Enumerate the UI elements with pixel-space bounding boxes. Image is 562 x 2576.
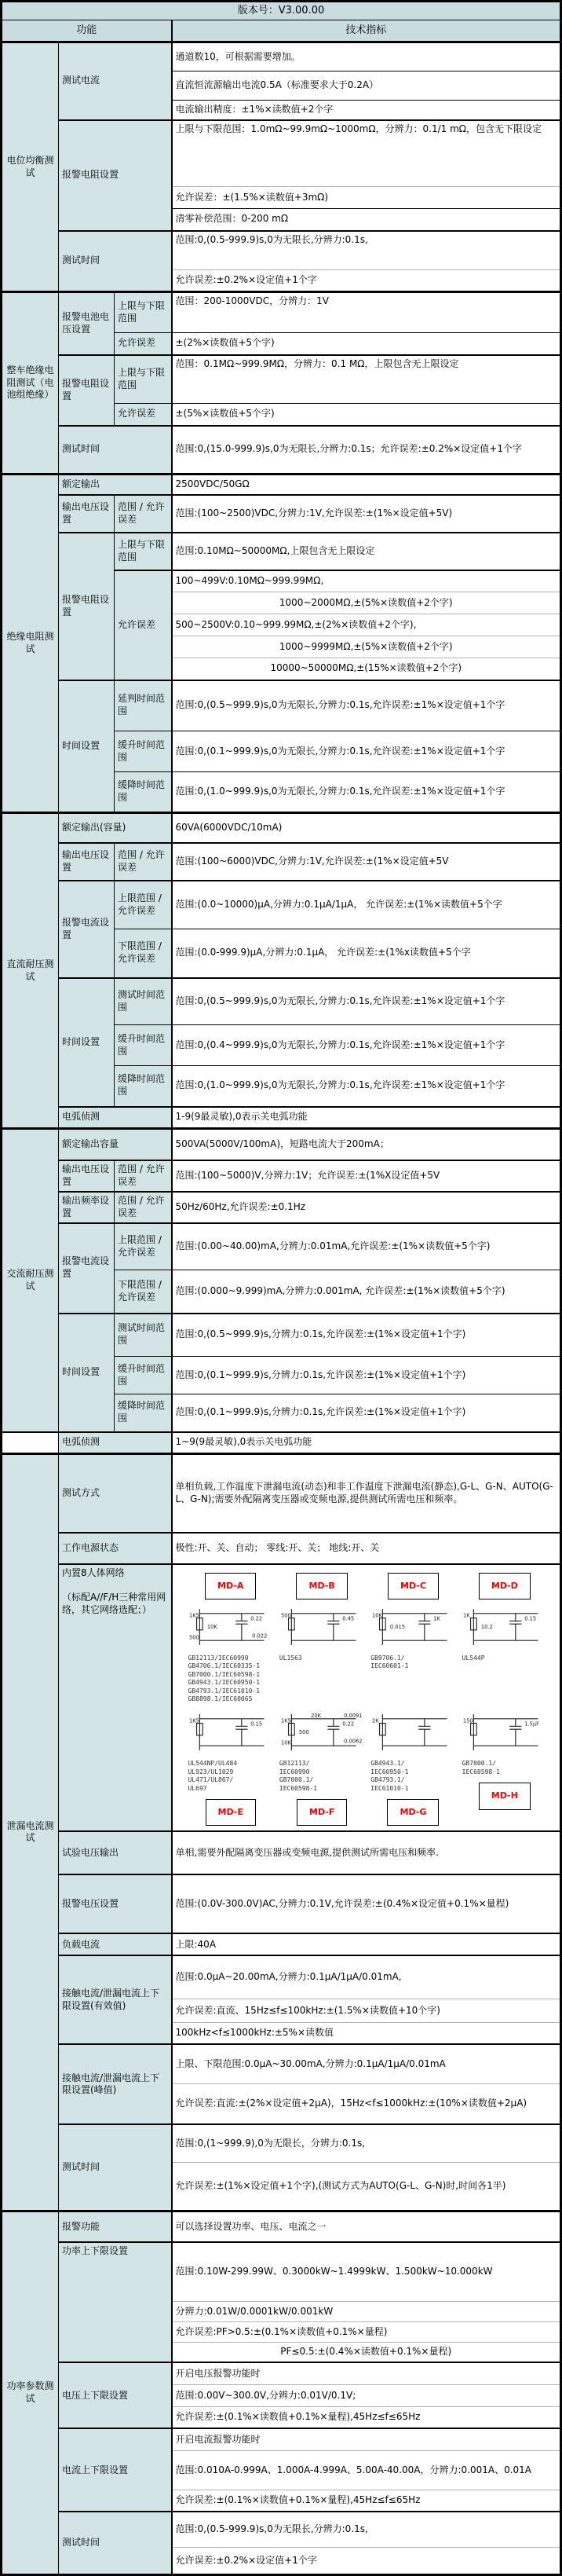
spec-cell: 允许误差:±0.2%×设定值+1个字 bbox=[172, 2547, 561, 2574]
spec-cell: 清零补偿范围：0-200 mΩ bbox=[172, 209, 561, 231]
standards-MD-G: GB4943.1/ IEC60950-1 GB4793.1/ IEC61010-… bbox=[370, 1760, 408, 1793]
label-cell: 时间设置 bbox=[59, 680, 115, 813]
component-value: 0.45 bbox=[342, 1615, 354, 1621]
spec-cell: 范围:(100~2500)VDC,分辨力:1V,允许误差:±(1%×设定值+5V… bbox=[172, 495, 561, 533]
spec-cell: 范围:0,(15.0-999.9)s,0为无限长,分辨力:0.1s；允许误差:±… bbox=[172, 426, 561, 475]
table-row: 时间设置测试时间范围范围:0,(0.5~999.9)s,0为无限长,分辨力:0.… bbox=[2, 978, 561, 1025]
standards-MD-B: UL1563 bbox=[279, 1654, 302, 1662]
sublabel-cell: 测试时间范围 bbox=[115, 1314, 172, 1357]
label-cell: 输出电压设置 bbox=[59, 843, 115, 881]
table-row: 输出电压设置范围 / 允许误差范围:(100~6000)VDC,分辨力:1V,允… bbox=[2, 843, 561, 881]
component-value: 10K bbox=[372, 1613, 382, 1619]
spec-cell: 范围：0.1MΩ~999.9MΩ，分辨力：0.1 MΩ，上限包含无上限设定 bbox=[172, 355, 561, 404]
table-row: 报警电流设置上限范围 / 允许误差范围:(0.00~40.00)mA,分辨力:0… bbox=[2, 1223, 561, 1270]
component-value: 0.15 bbox=[525, 1615, 537, 1621]
circuit-schematic: 2K bbox=[372, 1711, 454, 1753]
spec-cell: 范围:0.00V~300.0V,分辨力:0.01V/0.1V; bbox=[172, 2384, 561, 2406]
circuit-schematic: 1K50.2210K5000.022 bbox=[189, 1606, 272, 1648]
sublabel-cell: 上限范围 / 允许误差 bbox=[115, 1223, 172, 1270]
label-cell: 输出频率设置 bbox=[59, 1192, 115, 1223]
spec-cell: 范围:(0.0V-300.0V)AC,分辨力:0.1V,允许误差:±(0.4%×… bbox=[172, 1874, 561, 1933]
sublabel-cell: 范围 / 允许误差 bbox=[115, 495, 172, 533]
table-row: 泄漏电流测试测试方式单相负载,工作温度下泄漏电流(动态)和非工作温度下泄漏电流(… bbox=[2, 1454, 561, 1533]
table-row: 时间设置测试时间范围范围:0,(0.5~999.9)s,分辨力:0.1s,允许误… bbox=[2, 1314, 561, 1357]
network-MD-A: MD-A1K50.2210K5000.022GB12113/IEC60990 G… bbox=[188, 1573, 273, 1704]
label-cell: 报警电阻设置 bbox=[59, 120, 172, 231]
component-value: 1.5μF bbox=[525, 1721, 540, 1728]
component-value: 0.0091 bbox=[344, 1713, 362, 1719]
table-row: 负载电流上限:40A bbox=[2, 1933, 561, 1955]
table-row: 试验电压输出单相,需要外配隔离变压器或变频电源,提供测试所需电压和频率. bbox=[2, 1831, 561, 1874]
spec-cell: 范围:0.010A-0.999A、1.000A-4.999A、5.00A-40.… bbox=[172, 2450, 561, 2490]
sublabel-cell: 缓升时间范围 bbox=[115, 1357, 172, 1394]
sublabel-cell: 下限范围 / 允许误差 bbox=[115, 929, 172, 978]
category-cell: 直流耐压测试 bbox=[2, 813, 59, 1129]
md-label-MD-F: MD-F bbox=[297, 1799, 347, 1827]
label-cell: 报警电池电压设置 bbox=[59, 292, 115, 355]
table-row: 电弧侦测1-9(9最灵敏),0表示关电弧功能 bbox=[2, 1107, 561, 1129]
label-cell: 报警电压设置 bbox=[59, 1874, 172, 1933]
category-cell-empty bbox=[2, 1432, 59, 1454]
table-row: 交流耐压测试额定输出容量500VA(5000V/100mA)，短路电流大于200… bbox=[2, 1129, 561, 1160]
sublabel-cell: 上限与下限范围 bbox=[115, 355, 172, 404]
table-row: 绝缘电阻测试额定输出2500VDC/50GΩ bbox=[2, 475, 561, 495]
circuit-schematic: 5000.45 bbox=[281, 1606, 363, 1648]
spec-cell: 500~2500V:0.10~999.99MΩ,±(2%×读数值+2个字), bbox=[172, 614, 561, 636]
spec-cell: 范围:0,(1.0~999.9)s,0为无限长,分辨力:0.1s,允许误差:±1… bbox=[172, 772, 561, 813]
spec-cell: ±(2%×读数值+5个字) bbox=[172, 333, 561, 355]
table-row: 输出电压设置范围 / 允许误差范围:(100~5000)V,分辨力:1V；允许误… bbox=[2, 1160, 561, 1192]
version-row: 版本号：V3.00.00 bbox=[2, 2, 561, 20]
md-label-MD-C: MD-C bbox=[388, 1573, 439, 1600]
label-cell: 时间设置 bbox=[59, 1314, 115, 1432]
table-row: 报警电阻设置上限与下限范围范围：0.1MΩ~999.9MΩ，分辨力：0.1 MΩ… bbox=[2, 355, 561, 404]
sublabel-cell: 缓升时间范围 bbox=[115, 1025, 172, 1066]
standards-MD-C: GB9706.1/ IEC60601-1 bbox=[370, 1654, 408, 1671]
standards-MD-A: GB12113/IEC60990 GB4706.1/IEC60335-1 GB7… bbox=[188, 1654, 261, 1703]
sublabel-cell: 下限范围 / 允许误差 bbox=[115, 1270, 172, 1314]
spec-table: 版本号：V3.00.00 功能 技术指标 电位均衡测试测试电流通道数10，可根据… bbox=[0, 0, 562, 2576]
spec-cell: 开启电压报警功能时 bbox=[172, 2362, 561, 2384]
spec-cell: 范围：200-1000VDC，分辨力：1V bbox=[172, 292, 561, 333]
spec-cell: 上限:40A bbox=[172, 1933, 561, 1955]
table-row: 报警电流设置上限范围 / 允许误差范围:(0.0~10000)μA,分辨力:0.… bbox=[2, 881, 561, 929]
label-cell: 测试时间 bbox=[59, 2512, 172, 2574]
table-row: 测试时间范围:0,(15.0-999.9)s,0为无限长,分辨力:0.1s；允许… bbox=[2, 426, 561, 475]
sublabel-cell: 延判时间范围 bbox=[115, 680, 172, 731]
spec-cell: ±(5%×读数值+5个字) bbox=[172, 404, 561, 426]
body-networks: MD-A1K50.2210K5000.022GB12113/IEC60990 G… bbox=[176, 1566, 557, 1830]
md-label-MD-H: MD-H bbox=[479, 1783, 531, 1810]
category-cell: 整车绝缘电阻测试（电池组绝缘） bbox=[2, 292, 59, 475]
standards-MD-F: GB12113/ IEC60990 GB7000.1/ IEC60598-1 bbox=[279, 1760, 317, 1793]
spec-cell: 开启电流报警功能时 bbox=[172, 2428, 561, 2450]
spec-cell: 极性:开、关、自动； 零线:开、关； 地线:开、关 bbox=[172, 1533, 561, 1564]
spec-cell: 范围:0,(0.1~999.9)s,分辨力:0.1s,允许误差:±(1%×设定值… bbox=[172, 1357, 561, 1394]
spec-cell: 100kHz<f≤1000kHz:±5%×读数值 bbox=[172, 2022, 561, 2044]
spec-cell: 电流输出精度：±1%×读数值+2个字 bbox=[172, 101, 561, 120]
table-row: 测试时间范围:0,(0.5-999.9)s,0为无限长,分辨力:0.1s, bbox=[2, 2512, 561, 2547]
md-label-MD-B: MD-B bbox=[296, 1573, 347, 1600]
component-value: 0.0062 bbox=[344, 1739, 362, 1745]
label-cell: 报警电流设置 bbox=[59, 1223, 115, 1314]
label-cell: 功率上下限设置 bbox=[59, 2242, 172, 2362]
spec-cell: 范围:0,(0.1~999.9)s,分辨力:0.1s,允许误差:±(1%×设定值… bbox=[172, 1394, 561, 1432]
spec-cell: 单相负载,工作温度下泄漏电流(动态)和非工作温度下泄漏电流(静态),G-L、G-… bbox=[172, 1454, 561, 1533]
label-cell: 内置8人体网络 （标配A//F/H三种常用网络，其它网络选配；） bbox=[59, 1564, 172, 1832]
component-value: 10K bbox=[281, 1740, 291, 1746]
md-label-MD-A: MD-A bbox=[205, 1573, 256, 1600]
table-row: 电弧侦测1~9(9最灵敏),0表示关电弧功能 bbox=[2, 1432, 561, 1454]
spec-cell: 100~499V:0.10MΩ~999.99MΩ, bbox=[172, 570, 561, 592]
table-row: 报警电压设置范围:(0.0V-300.0V)AC,分辨力:0.1V,允许误差:±… bbox=[2, 1874, 561, 1933]
spec-cell: 范围:0.10MΩ~50000MΩ,上限包含无上限设定 bbox=[172, 533, 561, 570]
spec-cell: 范围:0.0μA~20.00mA,分辨力:0.1μA/1μA/0.01mA, bbox=[172, 1955, 561, 1999]
table-row: 接触电流/泄漏电流上下限设置(有效值)范围:0.0μA~20.00mA,分辨力:… bbox=[2, 1955, 561, 1999]
spec-cell: 500VA(5000V/100mA)，短路电流大于200mA； bbox=[172, 1129, 561, 1160]
md-label-MD-G: MD-G bbox=[387, 1799, 439, 1827]
sublabel-cell: 范围 / 允许误差 bbox=[115, 1192, 172, 1223]
component-value: 0.022 bbox=[252, 1632, 267, 1639]
spec-cell: 10000~50000MΩ,±(15%×读数值+2个字) bbox=[172, 658, 561, 680]
label-cell: 额定输出容量 bbox=[59, 1129, 172, 1160]
spec-cell: 范围:0,(1~999.9),0为无限长，分辨力:0.1s, bbox=[172, 2124, 561, 2162]
sublabel-cell: 允许误差 bbox=[115, 333, 172, 355]
label-cell: 测试时间 bbox=[59, 231, 172, 292]
network-MD-B: MD-B5000.45UL1563 bbox=[279, 1573, 364, 1704]
spec-cell: 可以选择设置功率、电压、电流之一 bbox=[172, 2211, 561, 2242]
column-header-spec: 技术指标 bbox=[172, 20, 561, 42]
circuit-schematic: 1K0.1510.2 bbox=[463, 1606, 546, 1648]
label-cell: 额定输出(容量) bbox=[59, 813, 172, 843]
component-value: 2K bbox=[372, 1718, 379, 1724]
component-value: 1K bbox=[433, 1615, 440, 1621]
category-cell: 泄漏电流测试 bbox=[2, 1454, 59, 2211]
spec-cell: 范围:0,(0.5~999.9)s,0为无限长,分辨力:0.1s,允许误差:±1… bbox=[172, 978, 561, 1025]
spec-cell: 60VA(6000VDC/10mA) bbox=[172, 813, 561, 843]
label-cell: 工作电源状态 bbox=[59, 1533, 172, 1564]
table-row: 接触电流/泄漏电流上下限设置(峰值)上限、下限范围:0.0μA~30.00mA,… bbox=[2, 2044, 561, 2083]
spec-cell: 允许误差:±0.2%×设定值+1个字 bbox=[172, 270, 561, 292]
component-value: 150 bbox=[463, 1718, 473, 1724]
label-cell: 测试时间 bbox=[59, 2124, 172, 2211]
spec-cell: 范围:0,(0.4~999.9)s,0为无限长,分辨力:0.1s,允许误差:±1… bbox=[172, 1025, 561, 1066]
label-cell: 报警功能 bbox=[59, 2211, 172, 2242]
spec-cell: 范围:0,(0.5-999.9)s,0为无限长,分辨力:0.1s, bbox=[172, 231, 561, 270]
spec-cell: 通道数10，可根据需要增加。 bbox=[172, 42, 561, 71]
label-cell: 试验电压输出 bbox=[59, 1831, 172, 1874]
category-cell: 绝缘电阻测试 bbox=[2, 475, 59, 813]
standards-MD-H: GB7000.1/ IEC60598-1 bbox=[462, 1760, 500, 1776]
spec-cell: 范围:(0.00~40.00)mA,分辨力:0.01mA,允许误差:±(1%×读… bbox=[172, 1223, 561, 1270]
spec-cell: 允许误差:PF>0.5:±(0.1%×读数值+0.1%×量程) bbox=[172, 2321, 561, 2342]
table-row: 电流上下限设置开启电流报警功能时 bbox=[2, 2428, 561, 2450]
sublabel-cell: 允许误差 bbox=[115, 570, 172, 680]
component-value: 20K bbox=[311, 1713, 321, 1719]
table-row: 内置8人体网络 （标配A//F/H三种常用网络，其它网络选配；）MD-A1K50… bbox=[2, 1564, 561, 1832]
component-value: 0.22 bbox=[250, 1615, 262, 1621]
spec-cell: 50Hz/60Hz,允许误差:±0.1Hz bbox=[172, 1192, 561, 1223]
network-MD-H: 1501.5μFGB7000.1/ IEC60598-1MD-H bbox=[462, 1711, 547, 1826]
spec-cell: 允许误差:直流、15Hz≤f≤100kHz:±(1.5%×读数值+10个字) bbox=[172, 1999, 561, 2022]
spec-cell: 范围:0,(0.5~999.9)s,0为无限长,分辨力:0.1s,允许误差:±1… bbox=[172, 680, 561, 731]
sublabel-cell: 缓降时间范围 bbox=[115, 1066, 172, 1107]
component-value: 500 bbox=[281, 1613, 291, 1619]
network-MD-D: MD-D1K0.1510.2UL544P bbox=[462, 1573, 547, 1704]
label-cell: 输出电压设置 bbox=[59, 1160, 115, 1192]
spec-cell: 允许误差:±(1%×设定值+1个字),(测试方式为AUTO(G-L、G-N)时,… bbox=[172, 2162, 561, 2211]
table-row: 输出电压设置范围 / 允许误差范围:(100~2500)VDC,分辨力:1V,允… bbox=[2, 495, 561, 533]
component-value: 1K5 bbox=[189, 1613, 199, 1619]
spec-cell: 上限、下限范围:0.0μA~30.00mA,分辨力:0.1μA/1μA/0.01… bbox=[172, 2044, 561, 2083]
component-value: 500 bbox=[298, 1729, 308, 1735]
md-label-MD-D: MD-D bbox=[479, 1573, 531, 1600]
category-cell: 功率参数测试 bbox=[2, 2211, 59, 2574]
sublabel-cell: 缓降时间范围 bbox=[115, 772, 172, 813]
label-cell: 报警电流设置 bbox=[59, 881, 115, 978]
spec-cell: PF≤0.5:±(0.4%×读数值+0.1%×量程) bbox=[172, 2342, 561, 2362]
standards-MD-D: UL544P bbox=[462, 1654, 485, 1662]
spec-cell: 范围:0,(0.5-999.9)s,0为无限长,分辨力:0.1s, bbox=[172, 2512, 561, 2547]
spec-cell: 范围:(0.0-999.9)μA,分辨力:0.1μA， 允许误差:±(1%x读数… bbox=[172, 929, 561, 978]
spec-cell: 范围:(0.0~10000)μA,分辨力:0.1μA/1μA， 允许误差:±(1… bbox=[172, 881, 561, 929]
label-cell: 报警电阻设置 bbox=[59, 533, 115, 680]
circuit-schematic: 1K50.15 bbox=[189, 1711, 272, 1753]
label-cell: 测试方式 bbox=[59, 1454, 172, 1533]
category-cell: 交流耐压测试 bbox=[2, 1129, 59, 1432]
label-cell: 接触电流/泄漏电流上下限设置(有效值) bbox=[59, 1955, 172, 2044]
label-cell: 输出电压设置 bbox=[59, 495, 115, 533]
sublabel-cell: 上限与下限范围 bbox=[115, 292, 172, 333]
sublabel-cell: 上限与下限范围 bbox=[115, 533, 172, 570]
component-value: 0.015 bbox=[390, 1624, 405, 1630]
table-row: 时间设置延判时间范围范围:0,(0.5~999.9)s,0为无限长,分辨力:0.… bbox=[2, 680, 561, 731]
column-header-function: 功能 bbox=[2, 20, 172, 42]
spec-cell: 范围:(0.000~9.999)mA,分辨力:0.001mA, 允许误差:±(1… bbox=[172, 1270, 561, 1314]
table-row: 报警电阻设置上限与下限范围：1.0mΩ~99.9mΩ~1000mΩ，分辨力：0.… bbox=[2, 120, 561, 187]
sublabel-cell: 缓升时间范围 bbox=[115, 731, 172, 772]
label-cell: 负载电流 bbox=[59, 1933, 172, 1955]
component-value: 10.2 bbox=[481, 1624, 493, 1630]
spec-cell: 上限与下限范围：1.0mΩ~99.9mΩ~1000mΩ，分辨力：0.1/1 mΩ… bbox=[172, 120, 561, 187]
spec-cell: 范围:0.10W-299.99W、0.3000kW~1.4999kW、1.500… bbox=[172, 2242, 561, 2301]
spec-table-body: 电位均衡测试测试电流通道数10，可根据需要增加。直流恒流源输出电流0.5A（标准… bbox=[2, 42, 561, 2575]
networks-diagram-cell: MD-A1K50.2210K5000.022GB12113/IEC60990 G… bbox=[172, 1564, 561, 1832]
network-MD-E: 1K50.15UL544NP/UL484 UL923/UL1029 UL471/… bbox=[188, 1711, 273, 1826]
sublabel-cell: 允许误差 bbox=[115, 404, 172, 426]
spec-cell: 2500VDC/50GΩ bbox=[172, 475, 561, 495]
table-row: 电压上下限设置开启电压报警功能时 bbox=[2, 2362, 561, 2384]
spec-cell: 直流恒流源输出电流0.5A（标准要求大于0.2A） bbox=[172, 71, 561, 101]
label-cell: 电弧侦测 bbox=[59, 1107, 172, 1129]
spec-cell: 1000~9999MΩ,±(5%×读数值+2个字) bbox=[172, 636, 561, 658]
label-cell: 额定输出 bbox=[59, 475, 172, 495]
spec-cell: 允许误差:直流:±(2%×设定值+2μA)，15Hz<f≤1000kHz:±(1… bbox=[172, 2083, 561, 2124]
component-value: 1K bbox=[463, 1613, 470, 1619]
spec-cell: 允许误差:±(0.1%×读数值+0.1%×量程),45Hz≤f≤65Hz bbox=[172, 2406, 561, 2428]
version-label: 版本号：V3.00.00 bbox=[2, 2, 561, 20]
label-cell: 电流上下限设置 bbox=[59, 2428, 172, 2512]
component-value: 10K bbox=[207, 1624, 217, 1630]
component-value: 0.15 bbox=[250, 1721, 262, 1728]
spec-cell: 1-9(9最灵敏),0表示关电弧功能 bbox=[172, 1107, 561, 1129]
circuit-schematic: 1K50.2250010K0.006220K0.0091 bbox=[281, 1711, 363, 1753]
label-cell: 时间设置 bbox=[59, 978, 115, 1107]
spec-cell: 1~9(9最灵敏),0表示关电弧功能 bbox=[172, 1432, 561, 1454]
spec-cell: 范围:0,(1.0~999.9)s,0为无限长,分辨力:0.1s,允许误差:±1… bbox=[172, 1066, 561, 1107]
spec-cell: 单相,需要外配隔离变压器或变频电源,提供测试所需电压和频率. bbox=[172, 1831, 561, 1874]
network-MD-G: 2KGB4943.1/ IEC60950-1 GB4793.1/ IEC6101… bbox=[370, 1711, 455, 1826]
spec-cell: 范围:0,(0.5~999.9)s,分辨力:0.1s,允许误差:±(1%×设定值… bbox=[172, 1314, 561, 1357]
category-cell: 电位均衡测试 bbox=[2, 42, 59, 292]
label-cell: 报警电阻设置 bbox=[59, 355, 115, 426]
sublabel-cell: 缓降时间范围 bbox=[115, 1394, 172, 1432]
spec-cell: 范围:(100~6000)VDC,分辨力:1V,允许误差:±(1%×设定值+5V bbox=[172, 843, 561, 881]
component-value: 500 bbox=[189, 1634, 199, 1640]
network-MD-C: MD-C10K1K0.015GB9706.1/ IEC60601-1 bbox=[370, 1573, 455, 1704]
table-row: 功率参数测试报警功能可以选择设置功率、电压、电流之一 bbox=[2, 2211, 561, 2242]
sublabel-cell: 测试时间范围 bbox=[115, 978, 172, 1025]
spec-cell: 允许误差:±(0.1%×读数值+0.1%×量程),45Hz≤f≤65Hz bbox=[172, 2490, 561, 2512]
table-row: 测试时间范围:0,(1~999.9),0为无限长，分辨力:0.1s, bbox=[2, 2124, 561, 2162]
table-row: 工作电源状态极性:开、关、自动； 零线:开、关； 地线:开、关 bbox=[2, 1533, 561, 1564]
label-cell: 电压上下限设置 bbox=[59, 2362, 172, 2428]
spec-cell: 范围:(100~5000)V,分辨力:1V；允许误差:±(1%X设定值+5V bbox=[172, 1160, 561, 1192]
circuit-schematic: 1501.5μF bbox=[463, 1711, 546, 1753]
label-cell: 电弧侦测 bbox=[59, 1432, 172, 1454]
label-cell: 接触电流/泄漏电流上下限设置(峰值) bbox=[59, 2044, 172, 2124]
sublabel-cell: 范围 / 允许误差 bbox=[115, 1160, 172, 1192]
table-row: 测试时间范围:0,(0.5-999.9)s,0为无限长,分辨力:0.1s, bbox=[2, 231, 561, 270]
spec-cell: 允许误差：±(1.5%×读数值+3mΩ) bbox=[172, 187, 561, 209]
spec-cell: 1000~2000MΩ,±(5%×读数值+2个字) bbox=[172, 592, 561, 614]
table-row: 输出频率设置范围 / 允许误差50Hz/60Hz,允许误差:±0.1Hz bbox=[2, 1192, 561, 1223]
circuit-schematic: 10K1K0.015 bbox=[372, 1606, 454, 1648]
component-value: 0.22 bbox=[342, 1721, 354, 1728]
component-value: 1K5 bbox=[281, 1718, 291, 1724]
component-value: 1K5 bbox=[189, 1718, 199, 1724]
network-MD-F: 1K50.2250010K0.006220K0.0091GB12113/ IEC… bbox=[279, 1711, 364, 1826]
table-row: 报警电阻设置上限与下限范围范围:0.10MΩ~50000MΩ,上限包含无上限设定 bbox=[2, 533, 561, 570]
standards-MD-E: UL544NP/UL484 UL923/UL1029 UL471/UL867/ … bbox=[188, 1760, 238, 1793]
table-row: 整车绝缘电阻测试（电池组绝缘）报警电池电压设置上限与下限范围范围：200-100… bbox=[2, 292, 561, 333]
table-row: 电位均衡测试测试电流通道数10，可根据需要增加。 bbox=[2, 42, 561, 71]
spec-cell: 分辨力:0.01W/0.0001kW/0.001kW bbox=[172, 2301, 561, 2321]
sublabel-cell: 上限范围 / 允许误差 bbox=[115, 881, 172, 929]
column-header-row: 功能 技术指标 bbox=[2, 20, 561, 42]
label-cell: 测试时间 bbox=[59, 426, 172, 475]
sublabel-cell: 范围 / 允许误差 bbox=[115, 843, 172, 881]
table-row: 直流耐压测试额定输出(容量)60VA(6000VDC/10mA) bbox=[2, 813, 561, 843]
table-row: 功率上下限设置范围:0.10W-299.99W、0.3000kW~1.4999k… bbox=[2, 2242, 561, 2301]
md-label-MD-E: MD-E bbox=[206, 1799, 256, 1827]
spec-cell: 范围:0,(0.1~999.9)s,0为无限长,分辨力:0.1s,允许误差:±1… bbox=[172, 731, 561, 772]
label-cell: 测试电流 bbox=[59, 42, 172, 120]
